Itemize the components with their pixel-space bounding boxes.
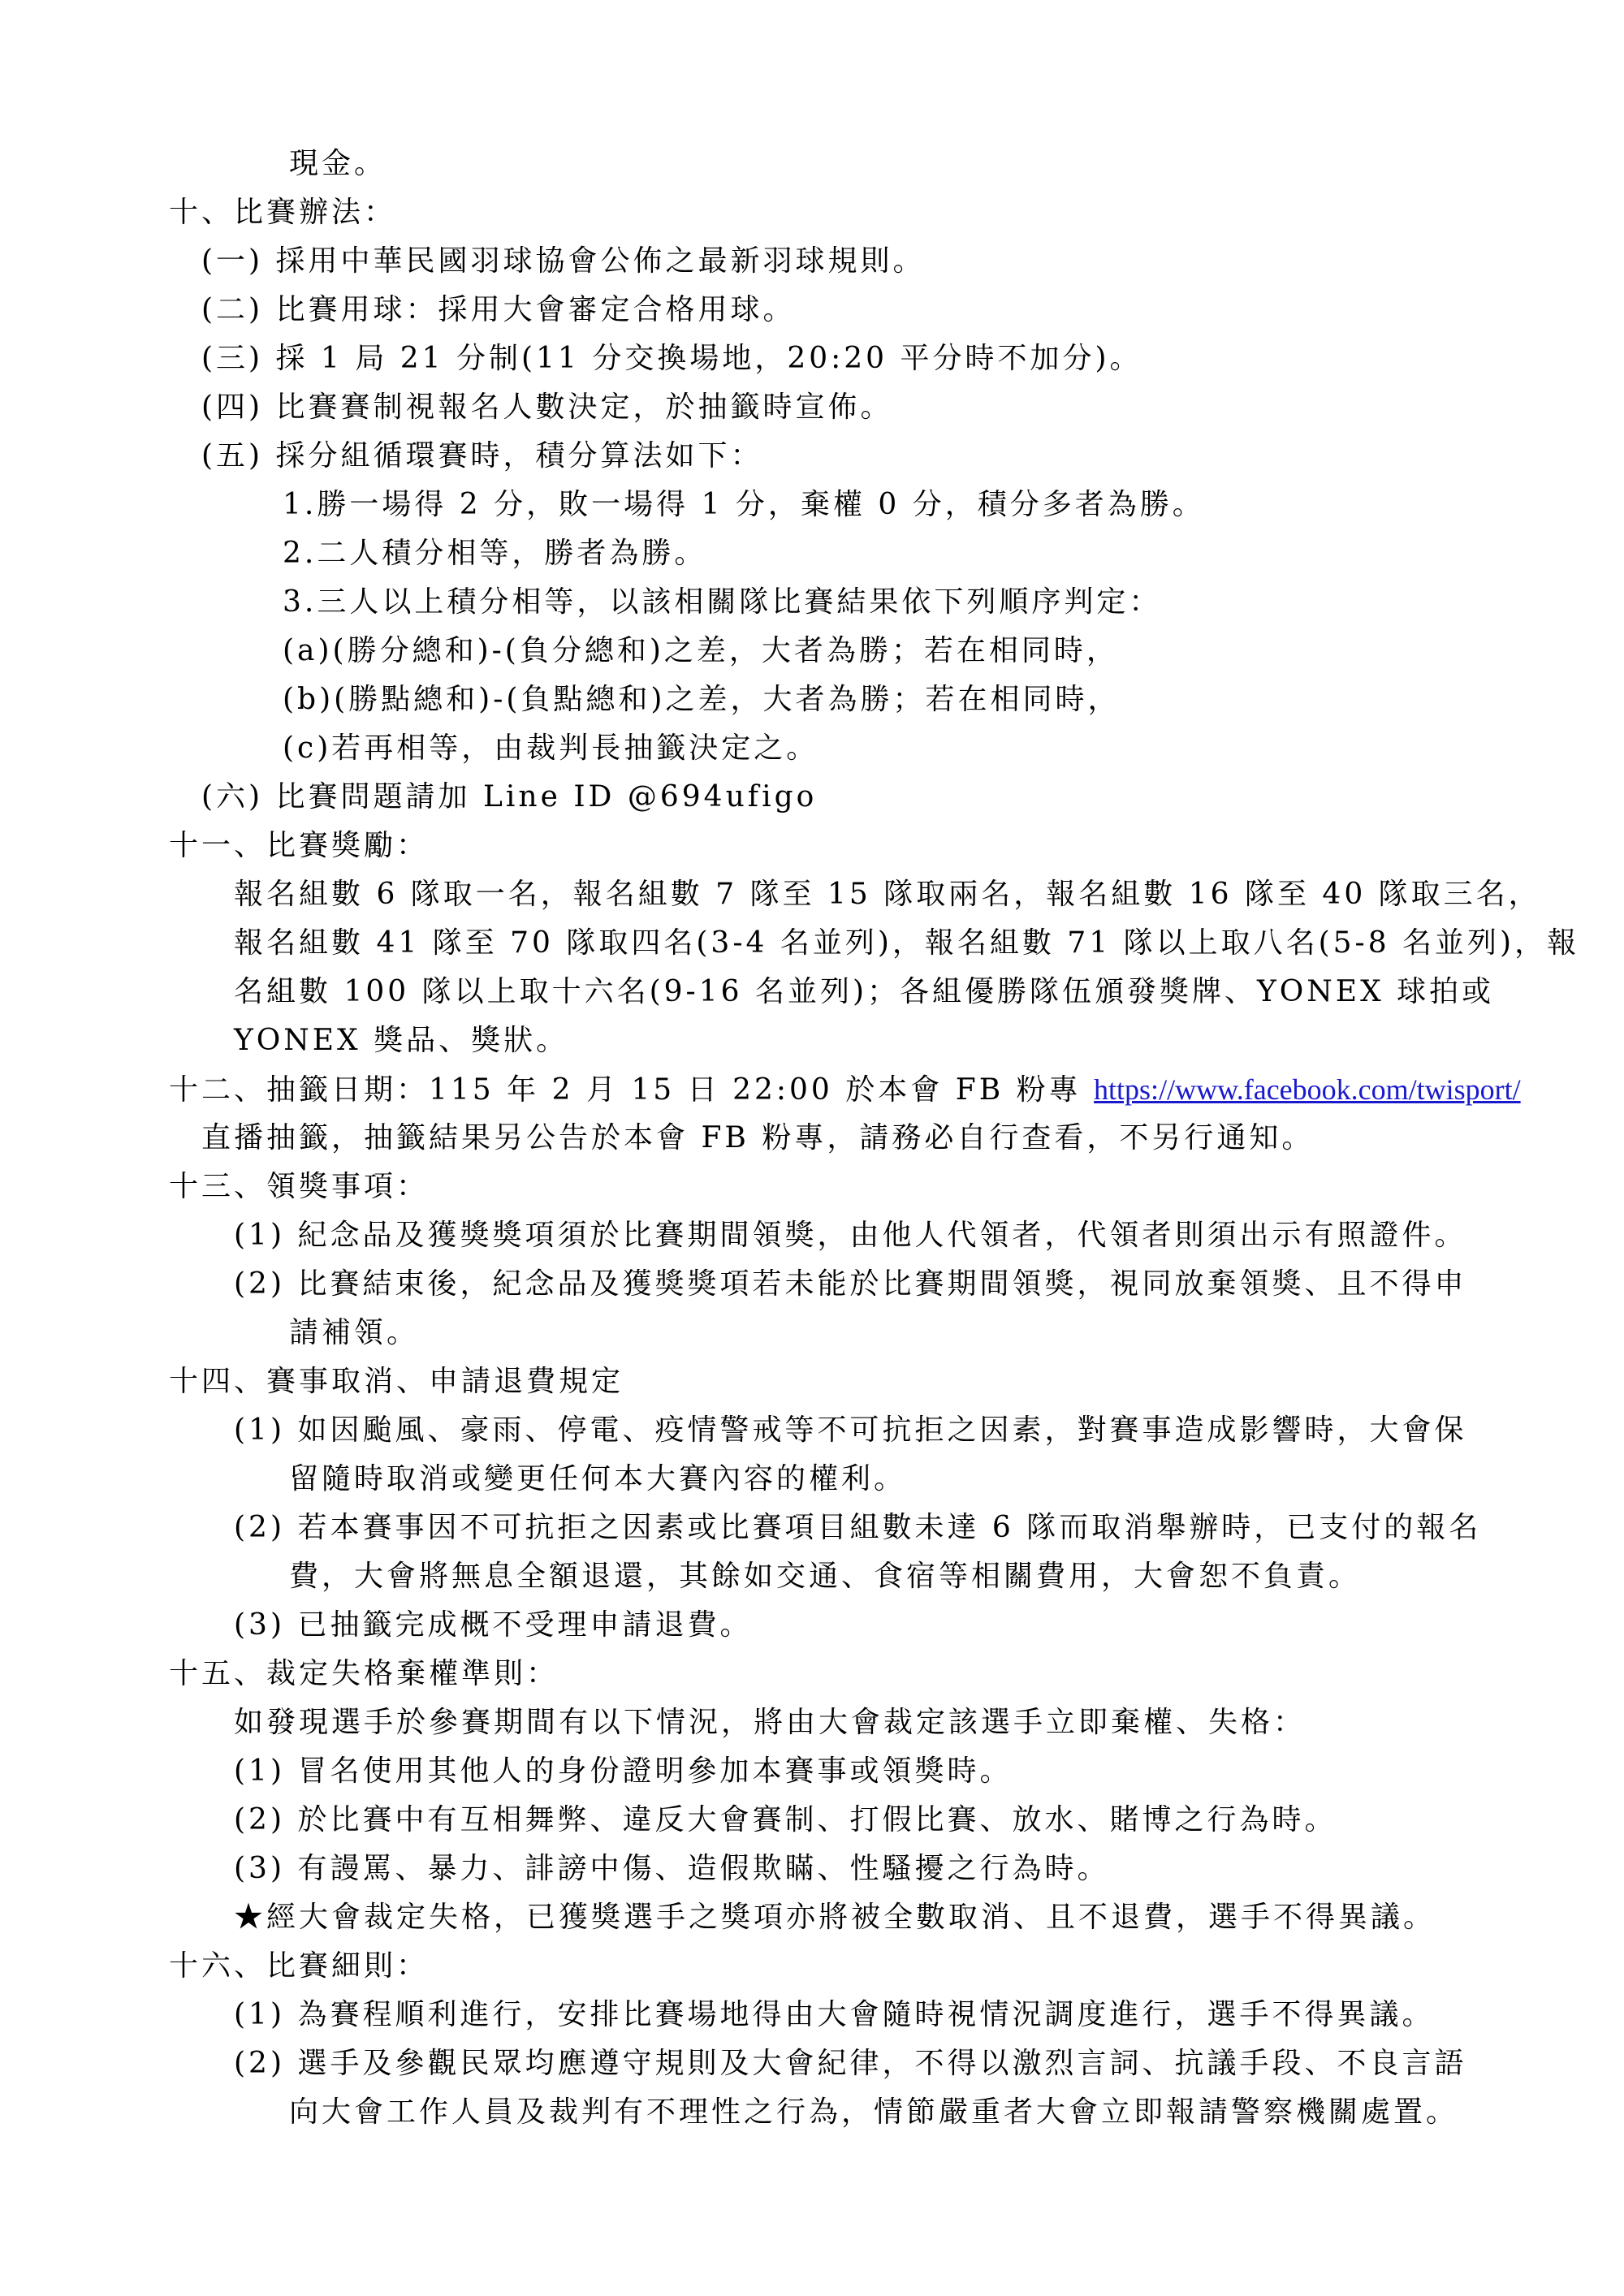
disqualification-intro: 如發現選手於參賽期間有以下情況，將由大會裁定該選手立即棄權、失格： xyxy=(234,1698,1306,1747)
rule-item: (二) 比賽用球：採用大會審定合格用球。 xyxy=(201,286,796,334)
disqualification-item: (2) 於比賽中有互相舞弊、違反大會賽制、打假比賽、放水、賭博之行為時。 xyxy=(234,1796,1337,1845)
rule-item: (三) 採 1 局 21 分制(11 分交換場地，20:20 平分時不加分)。 xyxy=(201,334,1142,383)
document-page: 現金。 十、比賽辦法： (一) 採用中華民國羽球協會公佈之最新羽球規則。 (二)… xyxy=(0,0,1624,2296)
cancellation-item: (3) 已抽籤完成概不受理申請退費。 xyxy=(234,1601,752,1650)
tiebreak-rule: (a)(勝分總和)-(負分總和)之差，大者為勝；若在相同時， xyxy=(283,627,1119,675)
award-paragraph: 報名組數 6 隊取一名，報名組數 7 隊至 15 隊取兩名，報名組數 16 隊至… xyxy=(234,870,1541,919)
draw-date-text: 十二、抽籤日期：115 年 2 月 15 日 22:00 於本會 FB 粉專 xyxy=(169,1073,1094,1107)
rule-item: (五) 採分組循環賽時，積分算法如下： xyxy=(201,432,763,481)
tiebreak-rule: (c)若再相等，由裁判長抽籤決定之。 xyxy=(283,724,818,773)
section-heading-11: 十一、比賽獎勵： xyxy=(169,822,429,870)
draw-note: 直播抽籤，抽籤結果另公告於本會 FB 粉專，請務必自行查看，不另行通知。 xyxy=(201,1114,1314,1163)
award-paragraph: 名組數 100 隊以上取十六名(9-16 名並列)；各組優勝隊伍頒發獎牌、YON… xyxy=(234,968,1494,1016)
award-paragraph: 報名組數 41 隊至 70 隊取四名(3-4 名並列)，報名組數 71 隊以上取… xyxy=(234,919,1579,968)
rule-item: (一) 採用中華民國羽球協會公佈之最新羽球規則。 xyxy=(201,237,926,286)
detail-rule-continuation: 向大會工作人員及裁判有不理性之行為，情節嚴重者大會立即報請警察機關處置。 xyxy=(289,2088,1458,2137)
award-paragraph: YONEX 獎品、獎狀。 xyxy=(234,1016,568,1065)
award-claim-item: (2) 比賽結束後，紀念品及獲獎獎項若未能於比賽期間領獎，視同放棄領獎、且不得申 xyxy=(234,1260,1466,1309)
tiebreak-rule: (b)(勝點總和)-(負點總和)之差，大者為勝；若在相同時， xyxy=(283,675,1120,724)
cancellation-continuation: 費，大會將無息全額退還，其餘如交通、食宿等相關費用，大會恕不負責。 xyxy=(289,1552,1361,1601)
cancellation-item: (1) 如因颱風、豪雨、停電、疫情警戒等不可抗拒之因素，對賽事造成影響時，大會保 xyxy=(234,1406,1466,1455)
rule-item: (四) 比賽賽制視報名人數決定，於抽籤時宣佈。 xyxy=(201,383,893,432)
section-heading-10: 十、比賽辦法： xyxy=(169,188,396,237)
detail-rule-item: (1) 為賽程順利進行，安排比賽場地得由大會隨時視情況調度進行，選手不得異議。 xyxy=(234,1991,1434,2039)
cancellation-continuation: 留隨時取消或變更任何本大賽內容的權利。 xyxy=(289,1455,906,1504)
detail-rule-item: (2) 選手及參觀民眾均應遵守規則及大會紀律，不得以激烈言詞、抗議手段、不良言語 xyxy=(234,2039,1466,2088)
award-claim-item: (1) 紀念品及獲獎獎項須於比賽期間領獎，由他人代領者，代領者則須出示有照證件。 xyxy=(234,1211,1466,1260)
facebook-link[interactable]: https://www.facebook.com/twisport/ xyxy=(1094,1073,1521,1106)
scoring-rule: 2.二人積分相等，勝者為勝。 xyxy=(283,529,706,578)
scoring-rule: 3.三人以上積分相等，以該相關隊比賽結果依下列順序判定： xyxy=(283,578,1161,627)
disqualification-item: (3) 有謾罵、暴力、誹謗中傷、造假欺瞞、性騷擾之行為時。 xyxy=(234,1845,1109,1893)
scoring-rule: 1.勝一場得 2 分，敗一場得 1 分，棄權 0 分，積分多者為勝。 xyxy=(283,481,1205,529)
section-heading-13: 十三、領獎事項： xyxy=(169,1163,429,1211)
disqualification-item: (1) 冒名使用其他人的身份證明參加本賽事或領獎時。 xyxy=(234,1747,1012,1796)
section-heading-14: 十四、賽事取消、申請退費規定 xyxy=(169,1357,624,1406)
section-heading-12: 十二、抽籤日期：115 年 2 月 15 日 22:00 於本會 FB 粉專 h… xyxy=(169,1065,1521,1115)
section-heading-15: 十五、裁定失格棄權準則： xyxy=(169,1650,559,1698)
section-heading-16: 十六、比賽細則： xyxy=(169,1942,429,1991)
rule-item-line-id: (六) 比賽問題請加 Line ID @694ufigo xyxy=(201,773,817,822)
cancellation-item: (2) 若本賽事因不可抗拒之因素或比賽項目組數未達 6 隊而取消舉辦時，已支付的… xyxy=(234,1504,1481,1552)
award-claim-continuation: 請補領。 xyxy=(289,1309,419,1357)
continuation-text: 現金。 xyxy=(289,140,387,188)
disqualification-note: ★經大會裁定失格，已獲獎選手之獎項亦將被全數取消、且不退費，選手不得異議。 xyxy=(234,1893,1436,1942)
